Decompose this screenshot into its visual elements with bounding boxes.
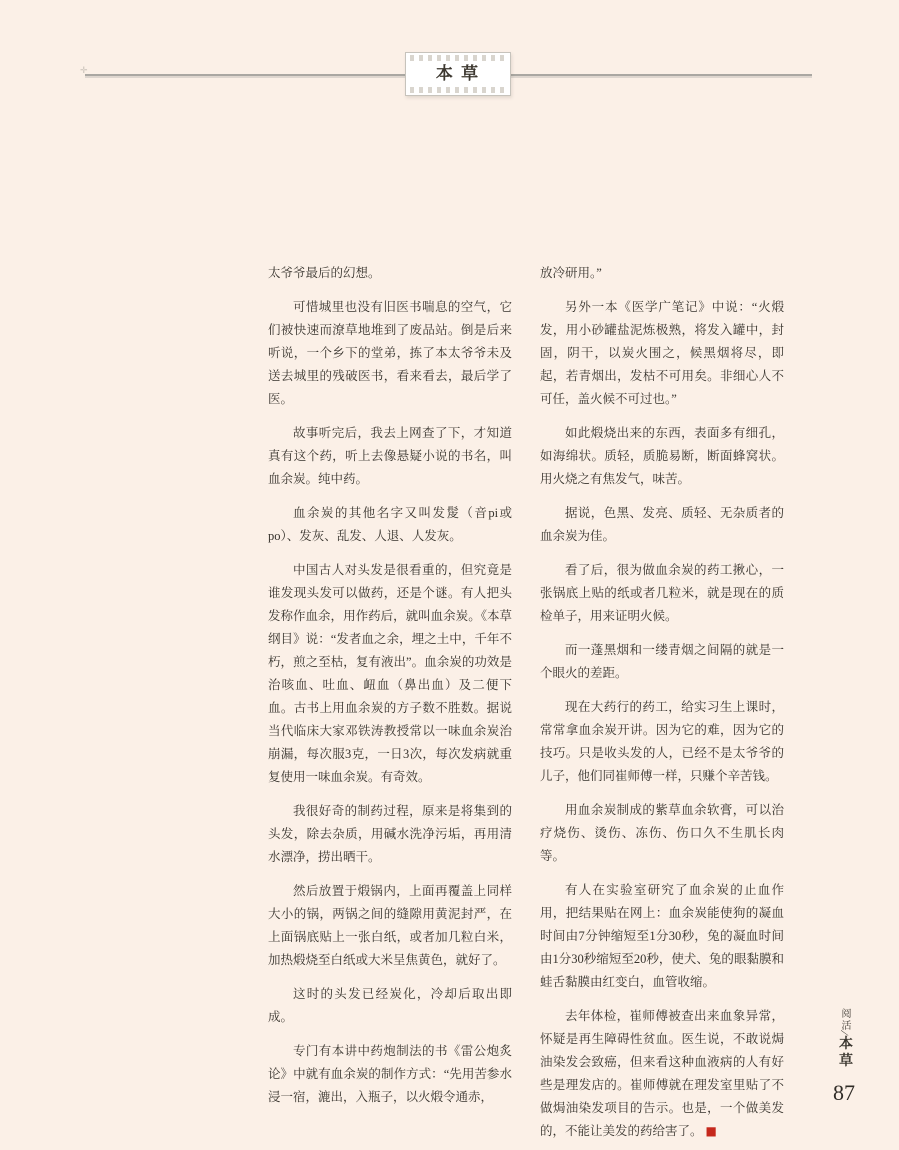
paragraph: 如此煅烧出来的东西，表面多有细孔，如海绵状。质轻，质脆易断，断面蜂窝状。用火烧之… [540,422,784,491]
paragraph: 血余炭的其他名字又叫发髲（音pi或po）、发灰、乱发、人退、人发灰。 [268,502,512,548]
section-stamp-label: 本 草 [406,62,510,86]
paragraph: 专门有本讲中药炮制法的书《雷公炮炙论》中就有血余炭的制作方式：“先用苦参水浸一宿… [268,1040,512,1109]
paragraph: 可惜城里也没有旧医书喘息的空气，它们被快速而潦草地堆到了废品站。倒是后来听说，一… [268,296,512,411]
paragraph: 然后放置于煅锅内，上面再覆盖上同样大小的锅，两锅之间的缝隙用黄泥封严，在上面锅底… [268,880,512,972]
paragraph: 用血余炭制成的紫草血余软膏，可以治疗烧伤、烫伤、冻伤、伤口久不生肌长肉等。 [540,799,784,868]
paragraph: 这时的头发已经炭化，冷却后取出即成。 [268,983,512,1029]
paragraph: 我很好奇的制药过程，原来是将集到的头发，除去杂质，用碱水洗净污垢，再用清水漂净，… [268,800,512,869]
paragraph: 放冷研用。” [540,262,784,285]
paragraph: 中国古人对头发是很看重的，但究竟是谁发现头发可以做药，还是个谜。有人把头发称作血… [268,559,512,789]
paragraph: 而一蓬黑烟和一缕青烟之间隔的就是一个眼火的差距。 [540,639,784,685]
paragraph: 现在大药行的药工，给实习生上课时，常常拿血余炭开讲。因为它的难，因为它的技巧。只… [540,696,784,788]
section-label-vertical: 阅活∕本草 [834,1008,854,1070]
section-label-large: 本草 [837,1036,852,1070]
paragraph: 看了后，很为做血余炭的药工揪心，一张锅底上贴的纸或者几粒米，就是现在的质检单子，… [540,559,784,628]
page-margin-info: 阅活∕本草 87 [826,1008,862,1106]
stamp-perforation-bottom [410,87,506,93]
article-column-right: 放冷研用。”另外一本《医学广笔记》中说：“火煅发，用小砂罐盐泥炼极熟，将发入罐中… [540,262,784,1150]
section-label-small: 阅活 [839,1008,850,1032]
paragraph: 去年体检，崔师傅被查出来血象异常，怀疑是再生障碍性贫血。医生说，不敢说焗油染发会… [540,1005,784,1143]
stamp-perforation-top [410,55,506,61]
paragraph: 据说，色黑、发亮、质轻、无杂质者的血余炭为佳。 [540,502,784,548]
paragraph: 故事听完后，我去上网查了下，才知道真有这个药，听上去像悬疑小说的书名，叫血余炭。… [268,422,512,491]
paragraph: 太爷爷最后的幻想。 [268,262,512,285]
article-column-left: 太爷爷最后的幻想。可惜城里也没有旧医书喘息的空气，它们被快速而潦草地堆到了废品站… [268,262,512,1150]
paragraph: 另外一本《医学广笔记》中说：“火煅发，用小砂罐盐泥炼极熟，将发入罐中，封固，阴干… [540,296,784,411]
paragraph: 有人在实验室研究了血余炭的止血作用，把结果贴在网上：血余炭能使狗的凝血时间由7分… [540,879,784,994]
article-end-mark: ■ [706,1124,717,1138]
page-number: 87 [826,1080,862,1106]
section-stamp: 本 草 [405,52,511,96]
article-body: 太爷爷最后的幻想。可惜城里也没有旧医书喘息的空气，它们被快速而潦草地堆到了废品站… [268,262,784,1150]
